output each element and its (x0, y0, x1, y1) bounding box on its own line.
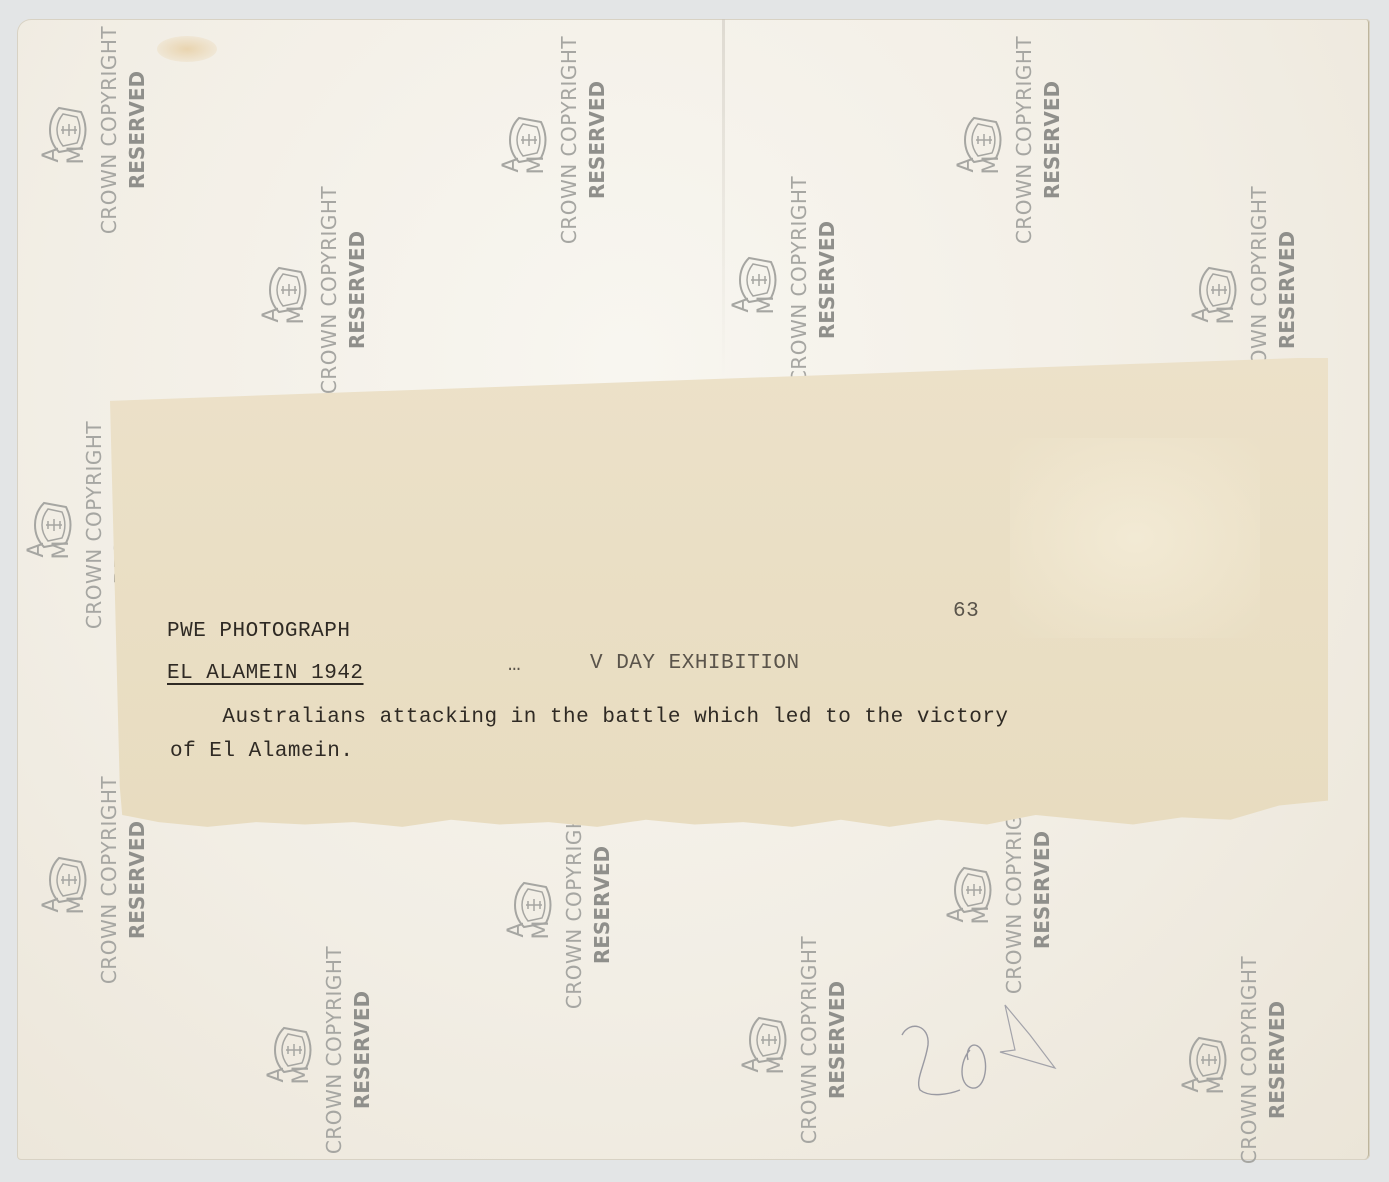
exhibition-title: V DAY EXHIBITION (590, 652, 800, 675)
stain (157, 36, 217, 62)
stamp-line-2: RESERVED (1040, 30, 1064, 250)
label-fold (1010, 438, 1260, 638)
crown-copyright-stamp: A MCROWN COPYRIGHTRESERVED (495, 30, 625, 250)
crown-icon (956, 110, 1004, 170)
stamp-line-2: RESERVED (350, 940, 374, 1160)
stamp-line-1: CROWN COPYRIGHT (97, 770, 121, 990)
stamp-line-1: CROWN COPYRIGHT (557, 30, 581, 250)
crown-icon (26, 495, 74, 555)
exhibition-mark: … (508, 654, 521, 677)
stamp-line-1: CROWN COPYRIGHT (97, 20, 121, 240)
stamp-line-2: RESERVED (825, 930, 849, 1150)
stamp-line-2: RESERVED (590, 795, 614, 1015)
crown-icon (41, 850, 89, 910)
stamp-line-2: RESERVED (345, 180, 369, 400)
pencil-annotation-icon (890, 990, 1070, 1100)
caption-line-2: of El Alamein. (170, 740, 353, 763)
crown-icon (41, 100, 89, 160)
crown-icon (741, 1010, 789, 1070)
stamp-line-2: RESERVED (815, 170, 839, 390)
crown-copyright-stamp: A MCROWN COPYRIGHTRESERVED (35, 20, 165, 240)
label-header: PWE PHOTOGRAPH (167, 620, 350, 643)
crown-copyright-stamp: A MCROWN COPYRIGHTRESERVED (735, 930, 865, 1150)
crown-icon (501, 110, 549, 170)
caption-line-1: Australians attacking in the battle whic… (170, 706, 1009, 729)
crown-copyright-stamp: A MCROWN COPYRIGHTRESERVED (950, 30, 1080, 250)
crown-icon (1191, 260, 1239, 320)
stamp-line-1: CROWN COPYRIGHT (317, 180, 341, 400)
crown-icon (946, 860, 994, 920)
stamp-line-1: CROWN COPYRIGHT (1012, 30, 1036, 250)
label-number: 63 (953, 600, 979, 623)
crown-copyright-stamp: A MCROWN COPYRIGHTRESERVED (260, 940, 390, 1160)
stamp-line-1: CROWN COPYRIGHT (797, 930, 821, 1150)
crown-copyright-stamp: A MCROWN COPYRIGHTRESERVED (255, 180, 385, 400)
crown-icon (731, 250, 779, 310)
stamp-line-2: RESERVED (1265, 950, 1289, 1170)
stamp-line-1: CROWN COPYRIGHT (1237, 950, 1261, 1170)
stamp-line-2: RESERVED (585, 30, 609, 250)
crown-copyright-stamp: A MCROWN COPYRIGHTRESERVED (725, 170, 855, 390)
stamp-line-1: CROWN COPYRIGHT (322, 940, 346, 1160)
label-title: EL ALAMEIN 1942 (167, 662, 364, 685)
stamp-line-1: CROWN COPYRIGHT (82, 415, 106, 635)
crown-copyright-stamp: A MCROWN COPYRIGHTRESERVED (1175, 950, 1305, 1170)
crown-copyright-stamp: A MCROWN COPYRIGHTRESERVED (500, 795, 630, 1015)
crown-icon (261, 260, 309, 320)
stamp-line-1: CROWN COPYRIGHT (562, 795, 586, 1015)
crown-icon (1181, 1030, 1229, 1090)
crown-icon (506, 875, 554, 935)
stamp-line-2: RESERVED (125, 20, 149, 240)
crown-icon (266, 1020, 314, 1080)
stamp-line-1: CROWN COPYRIGHT (787, 170, 811, 390)
